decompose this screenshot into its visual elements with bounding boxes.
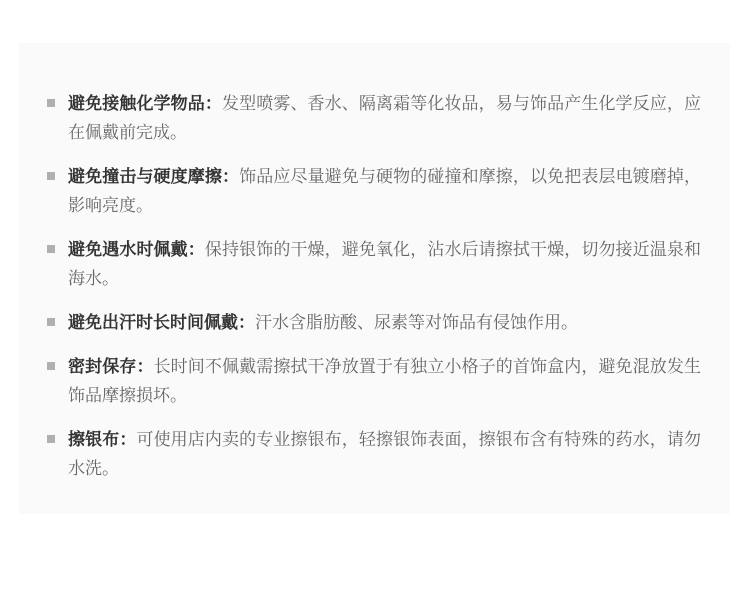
care-item-label: 密封保存： xyxy=(68,357,154,376)
care-instructions-list: 避免接触化学物品：发型喷雾、香水、隔离霜等化妆品，易与饰品产生化学反应，应在佩戴… xyxy=(68,89,702,483)
care-item-label: 避免出汗时长时间佩戴： xyxy=(68,313,255,332)
care-item-label: 擦银布： xyxy=(68,430,136,449)
care-item-text: 汗水含脂肪酸、尿素等对饰品有侵蚀作用。 xyxy=(255,313,578,332)
care-list-item: 避免接触化学物品：发型喷雾、香水、隔离霜等化妆品，易与饰品产生化学反应，应在佩戴… xyxy=(68,89,701,147)
care-list-item: 擦银布：可使用店内卖的专业擦银布，轻擦银饰表面，擦银布含有特殊的药水，请勿水洗。 xyxy=(68,425,701,483)
care-item-text: 长时间不佩戴需擦拭干净放置于有独立小格子的首饰盒内，避免混放发生饰品摩擦损坏。 xyxy=(68,357,701,405)
care-list-item: 避免出汗时长时间佩戴：汗水含脂肪酸、尿素等对饰品有侵蚀作用。 xyxy=(68,308,701,337)
square-bullet-icon xyxy=(47,318,55,326)
square-bullet-icon xyxy=(47,245,55,253)
care-item-label: 避免撞击与硬度摩擦： xyxy=(68,167,239,186)
care-item-text: 可使用店内卖的专业擦银布，轻擦银饰表面，擦银布含有特殊的药水，请勿水洗。 xyxy=(68,430,701,478)
care-item-label: 避免接触化学物品： xyxy=(68,94,222,113)
square-bullet-icon xyxy=(47,99,55,107)
care-list-item: 避免遇水时佩戴：保持银饰的干燥，避免氧化，沾水后请擦拭干燥，切勿接近温泉和海水。 xyxy=(68,235,701,293)
care-instructions-card: 避免接触化学物品：发型喷雾、香水、隔离霜等化妆品，易与饰品产生化学反应，应在佩戴… xyxy=(19,43,730,514)
care-list-item: 避免撞击与硬度摩擦：饰品应尽量避免与硬物的碰撞和摩擦，以免把表层电镀磨掉，影响亮… xyxy=(68,162,701,220)
square-bullet-icon xyxy=(47,362,55,370)
care-item-label: 避免遇水时佩戴： xyxy=(68,240,205,259)
care-list-item: 密封保存：长时间不佩戴需擦拭干净放置于有独立小格子的首饰盒内，避免混放发生饰品摩… xyxy=(68,352,701,410)
square-bullet-icon xyxy=(47,435,55,443)
square-bullet-icon xyxy=(47,172,55,180)
